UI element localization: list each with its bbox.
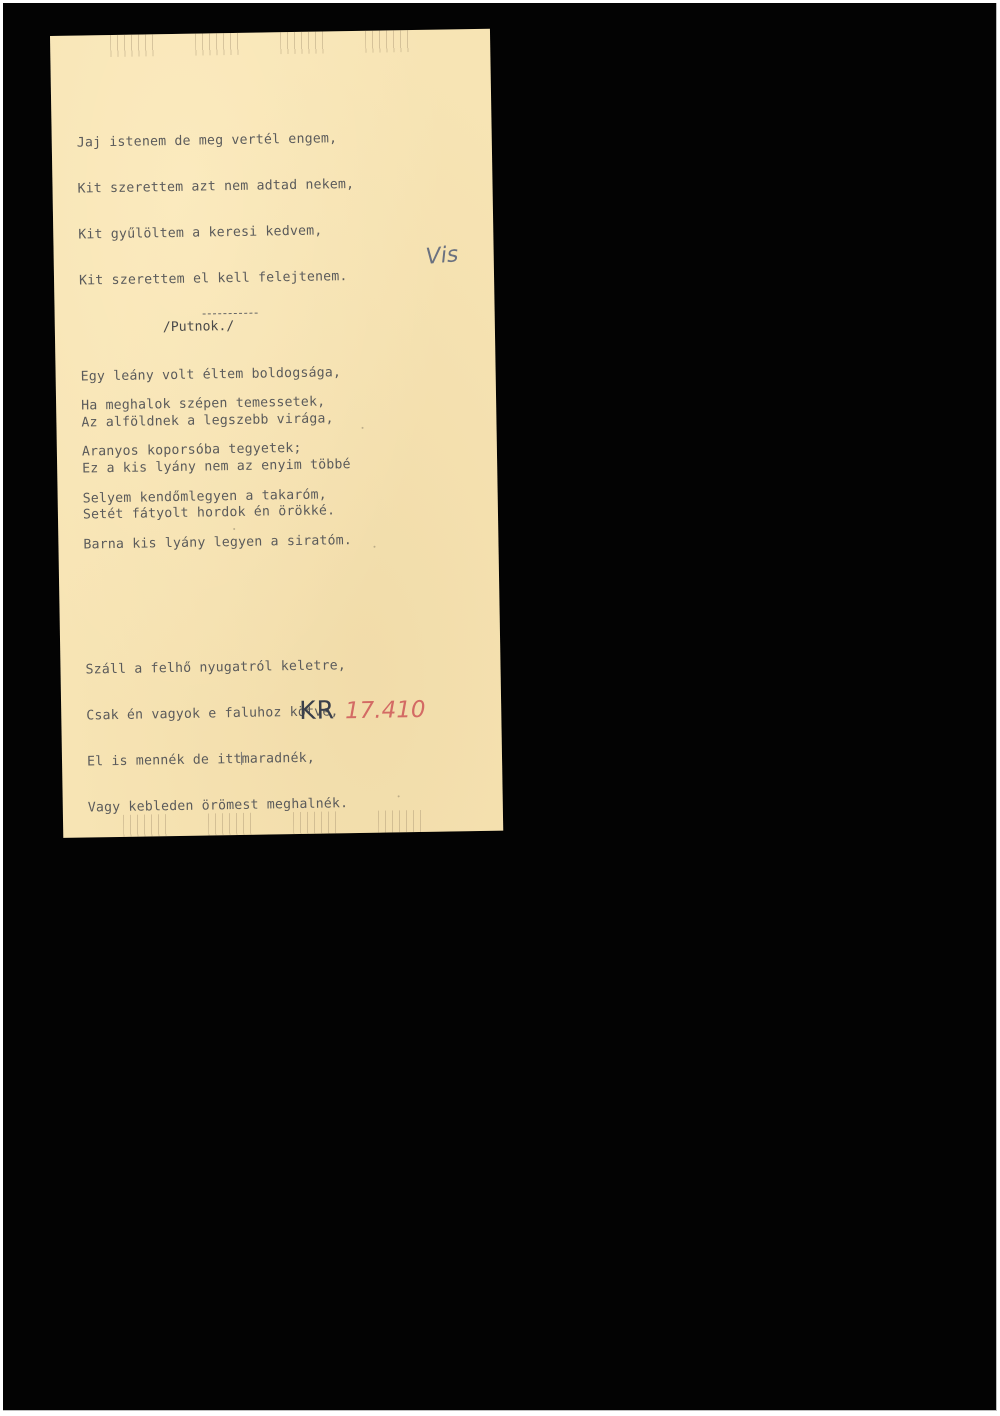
stanza-3: Száll a felhő nyugatról keletre, Csak én…: [85, 627, 365, 847]
verse-line: Száll a felhő nyugatról keletre,: [85, 658, 362, 678]
catalog-number: 17.410: [345, 697, 426, 724]
verse-line: Ez a kis lyány nem az enyim többé: [82, 457, 351, 477]
verse-line: Kit gyűlöltem a keresi kedvem,: [78, 223, 355, 243]
verse-line: Kit szerettem el kell felejtenem.: [79, 269, 356, 289]
verse-line: Jaj istenem de meg vertél engem,: [77, 131, 354, 151]
verse-line: Setét fátyolt hordok én örökké.: [83, 504, 352, 524]
verse-line: Az alföldnek a legszebb virága,: [81, 411, 350, 431]
verse-line-end: maradnék,: [242, 751, 316, 767]
paper-speck: [117, 455, 119, 457]
final-stanza: Egy leány volt éltem boldogsága, Az alfö…: [80, 334, 352, 554]
paper-speck: [362, 427, 364, 429]
perforation-mark: [365, 30, 409, 53]
perforation-mark: [378, 810, 422, 833]
stanza-1: Jaj istenem de meg vertél engem, Kit sze…: [76, 100, 356, 320]
perforation-mark: [110, 34, 154, 57]
place-label: /Putnok./: [163, 319, 235, 335]
pencil-margin-annotation: Vis: [425, 242, 460, 270]
paper-speck: [373, 546, 375, 548]
verse-line-start: El is mennék de itt: [87, 752, 242, 770]
verse-line-with-insertion: El is mennék de ittmaradnék,: [87, 750, 364, 770]
catalog-prefix: KR: [299, 695, 335, 725]
verse-line: Egy leány volt éltem boldogsága,: [81, 365, 350, 385]
catalog-mark: KR17.410: [299, 694, 426, 725]
manuscript-card: Jaj istenem de meg vertél engem, Kit sze…: [50, 29, 503, 838]
perforation-mark: [195, 33, 239, 56]
perforation-mark: [280, 31, 324, 54]
paper-speck: [233, 528, 235, 530]
verse-line: Vagy kebleden örömest meghalnék.: [88, 796, 365, 816]
paper-speck: [398, 795, 400, 797]
verse-line: Kit szerettem azt nem adtad nekem,: [77, 177, 354, 197]
